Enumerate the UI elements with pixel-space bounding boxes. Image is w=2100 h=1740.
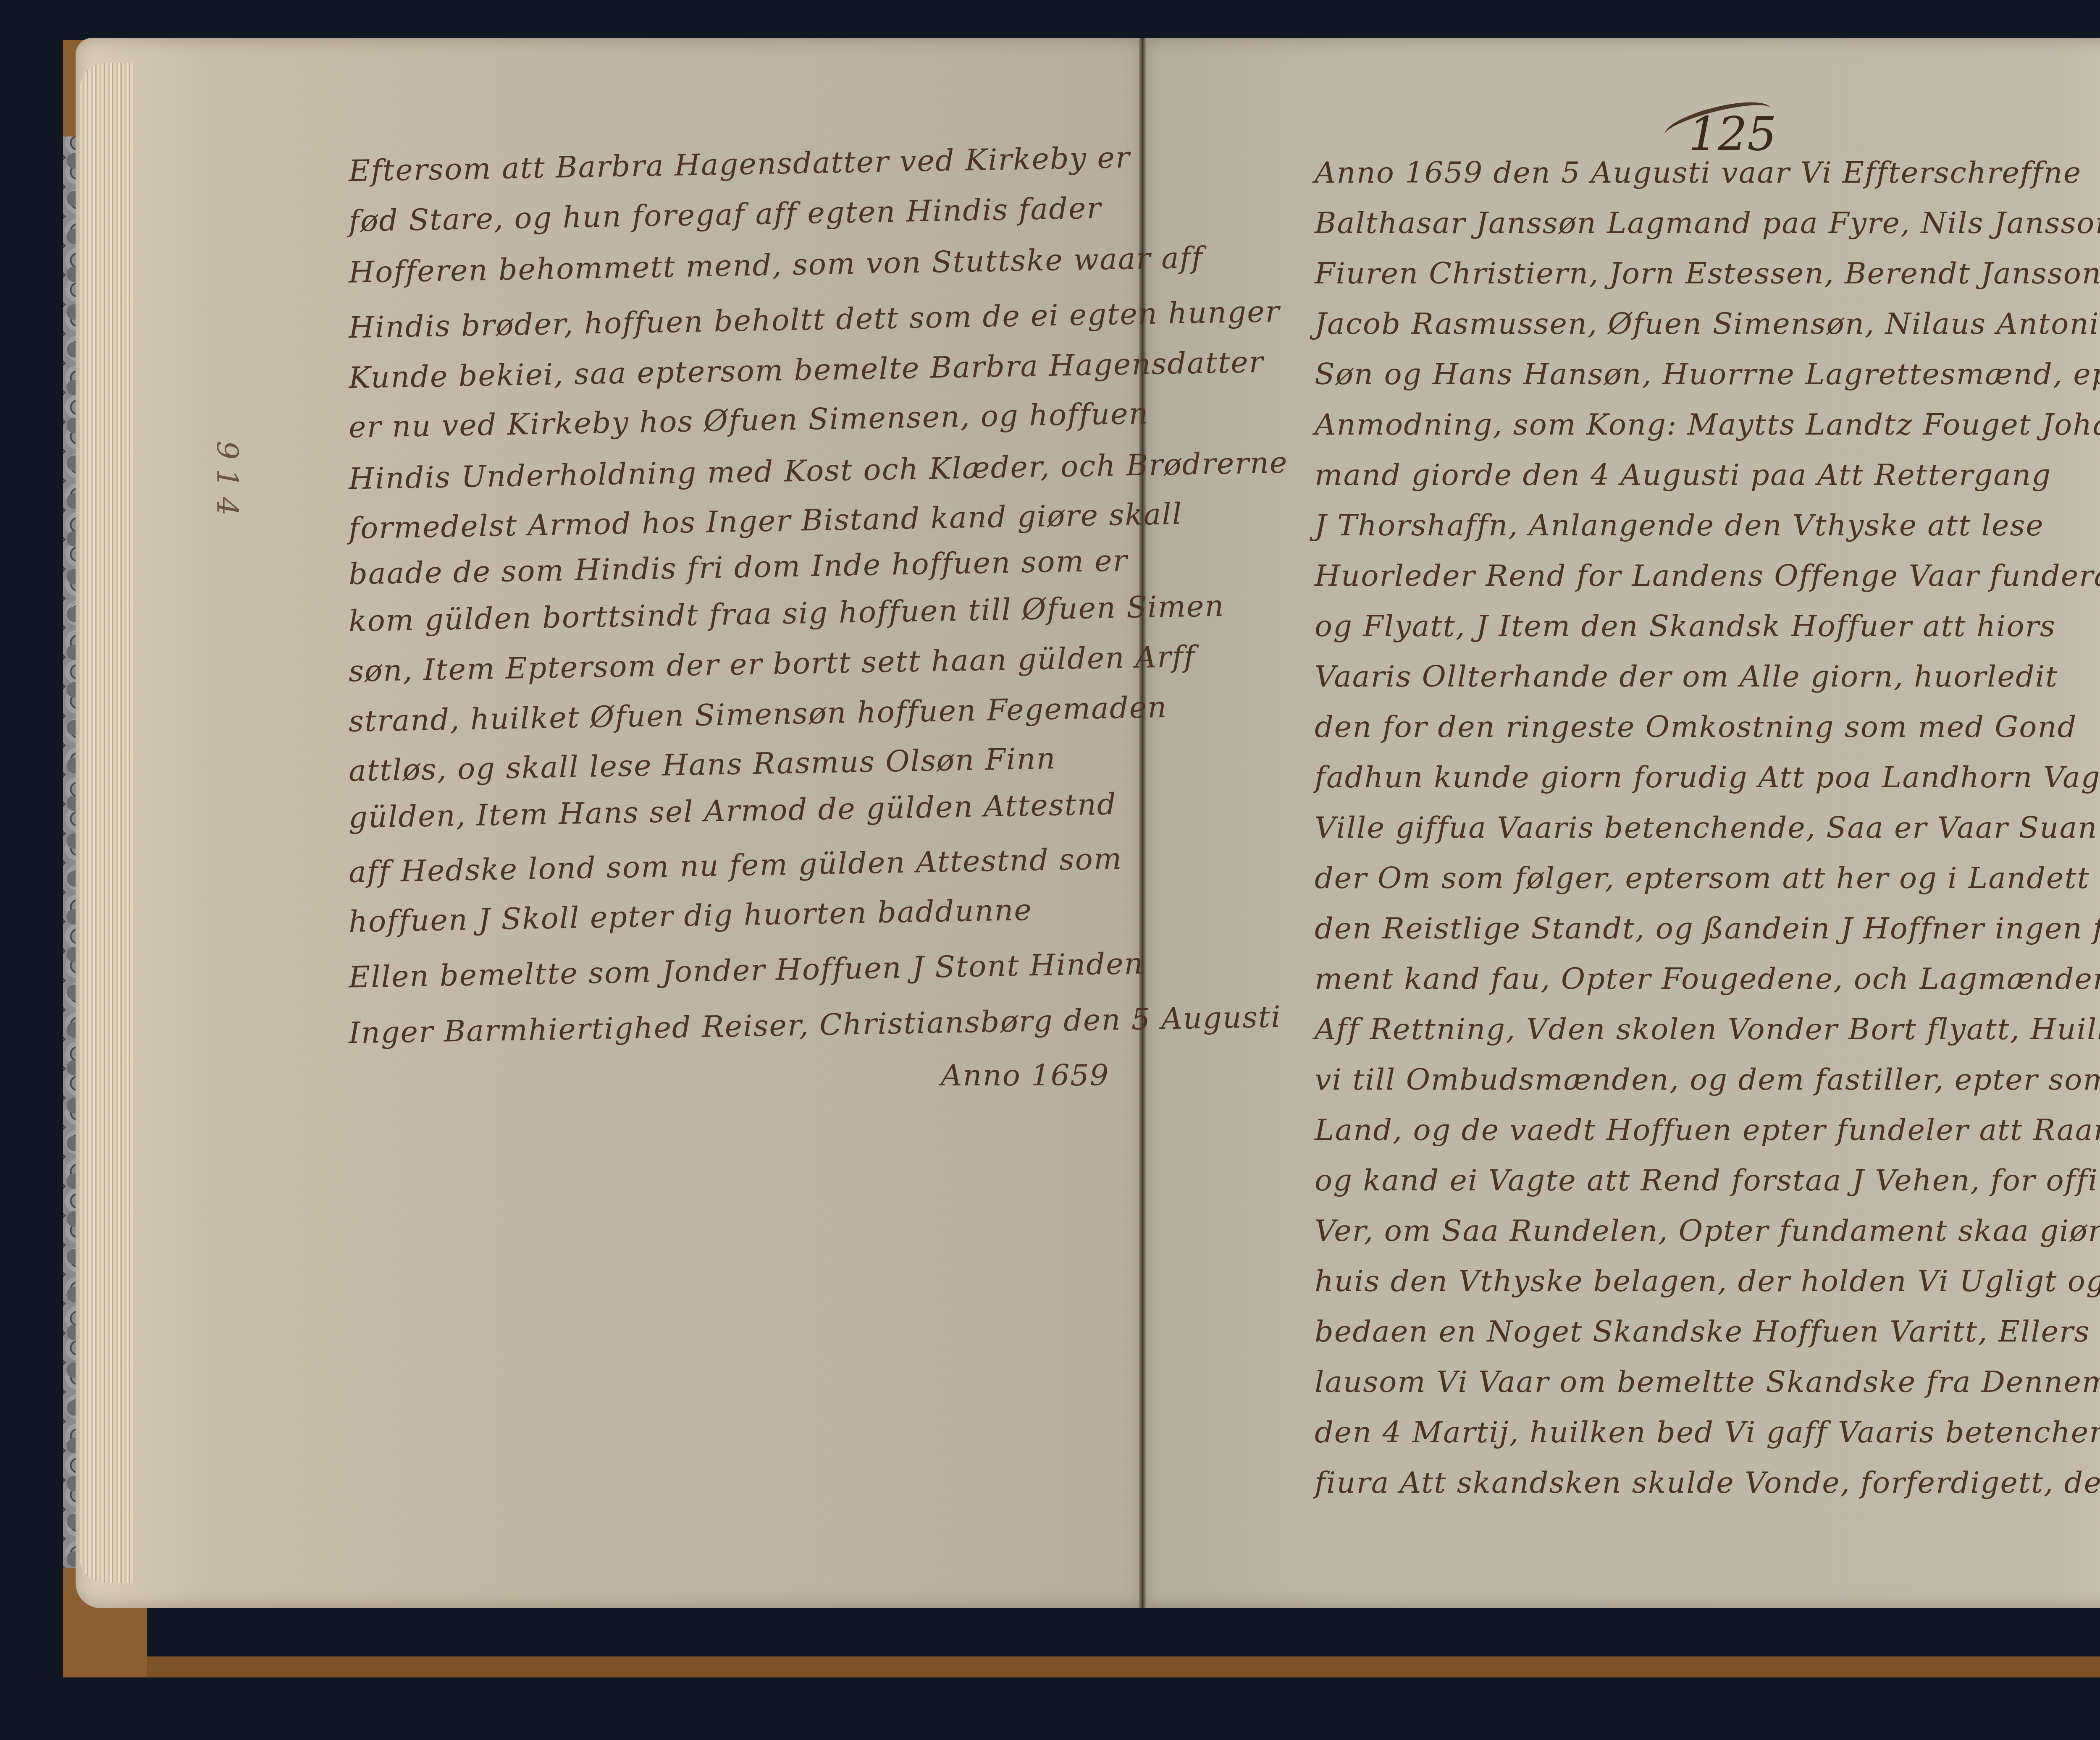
text-line: den Reistlige Standt, og ßandein J Hoffn…: [1315, 911, 2100, 946]
text-line: Ville giffua Vaaris betenchende, Saa er …: [1315, 810, 2097, 845]
text-line: og kand ei Vagte att Rend forstaa J Vehe…: [1315, 1163, 2100, 1198]
text-line: J Thorshaffn, Anlangende den Vthyske att…: [1315, 508, 2044, 542]
text-line: Aff Rettning, Vden skolen Vonder Bort fl…: [1315, 1012, 2100, 1046]
text-line: Fiuren Christiern, Jorn Estessen, Berend…: [1315, 256, 2100, 291]
text-line: der Om som følger, eptersom att her og i…: [1315, 861, 2100, 895]
text-line: Søn og Hans Hansøn, Huorrne Lagrettesmæn…: [1315, 357, 2100, 391]
text-line: Jacob Rasmussen, Øfuen Simensøn, Nilaus …: [1315, 307, 2100, 341]
text-line: ment kand fau, Opter Fougedene, och Lagm…: [1315, 962, 2100, 996]
text-line: Balthasar Janssøn Lagmand paa Fyre, Nils…: [1315, 206, 2100, 240]
margin-note: 9 1 4: [210, 441, 244, 516]
folio-number: 125: [1688, 107, 1777, 161]
text-line: Land, og de vaedt Hoffuen epter fundeler…: [1315, 1113, 2100, 1147]
text-line: fiura Att skandsken skulde Vonde, forfer…: [1315, 1465, 2100, 1500]
left-page-fore-edge: [80, 63, 134, 1583]
text-line: bedaen en Noget Skandske Hoffuen Varitt,…: [1315, 1314, 2100, 1349]
text-line: Vaaris Ollterhande der om Alle giorn, hu…: [1315, 659, 2058, 694]
text-line: vi till Ombudsmænden, og dem fastiller, …: [1315, 1062, 2100, 1097]
text-line: den 4 Martij, huilken bed Vi gaff Vaaris…: [1315, 1415, 2100, 1449]
text-line: den for den ringeste Omkostning som med …: [1315, 710, 2077, 744]
text-line: lausom Vi Vaar om bemeltte Skandske fra …: [1315, 1365, 2100, 1399]
text-line: Anmodning, som Kong: Maytts Landtz Fouge…: [1315, 407, 2100, 442]
text-line: Ver, om Saa Rundelen, Opter fundament sk…: [1315, 1213, 2100, 1248]
text-line: Anno 1659 den 5 Augusti vaar Vi Efftersc…: [1315, 155, 2082, 190]
text-line: Huorleder Rend for Landens Offenge Vaar …: [1315, 558, 2100, 593]
leather-spine-bottom: [147, 1656, 2100, 1677]
text-line: huis den Vthyske belagen, der holden Vi …: [1315, 1264, 2100, 1298]
closing-date: Anno 1659: [941, 1058, 1109, 1093]
text-line: og Flyatt, J Item den Skandsk Hoffuer at…: [1315, 609, 2056, 643]
text-line: fadhun kunde giorn forudig Att poa Landh…: [1315, 760, 2100, 794]
text-line: mand giorde den 4 Augusti paa Att Retter…: [1315, 458, 2051, 492]
